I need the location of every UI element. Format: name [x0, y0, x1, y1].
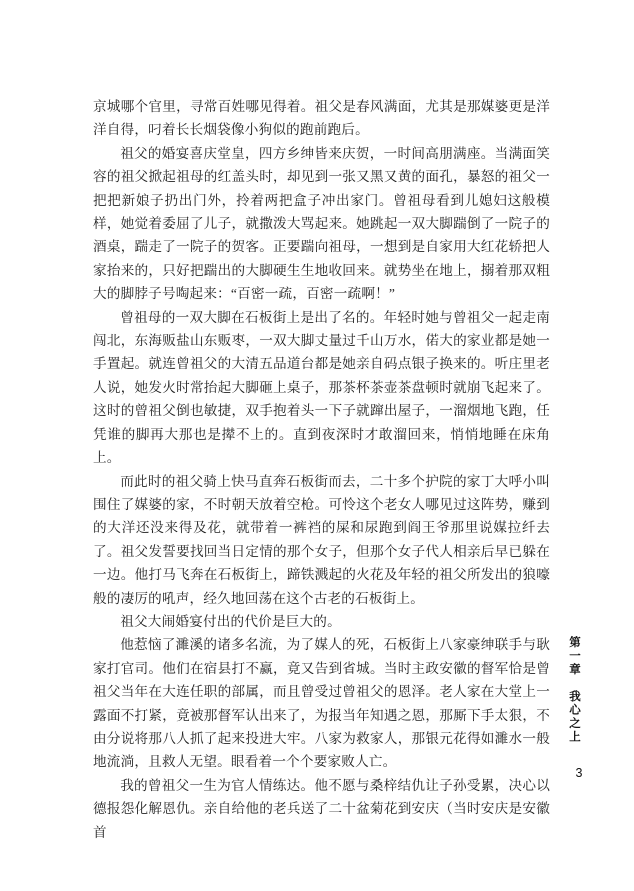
- paragraph: 曾祖母的一双大脚在石板街上是出了名的。年轻时她与曾祖父一起走南闯北，东海贩盐山东…: [93, 306, 550, 470]
- paragraph: 祖父大闹婚宴付出的代价是巨大的。: [93, 610, 550, 633]
- paragraph: 而此时的祖父骑上快马直奔石板街而去，二十多个护院的家丁大呼小叫围住了媒婆的家，不…: [93, 470, 550, 610]
- chapter-label: 第一章: [566, 636, 582, 677]
- paragraph: 他惹恼了濉溪的诸多名流，为了媒人的死，石板街上八家豪绅联手与耿家打官司。他们在宿…: [93, 633, 550, 773]
- paragraph: 我的曾祖父一生为官人情练达。他不愿与桑梓结仇让子孙受累，决心以德报怨化解恩仇。亲…: [93, 774, 550, 844]
- book-page: 京城哪个官里，寻常百姓哪见得着。祖父是春风满面，尤其是那媒婆更是洋洋自得，叼着长…: [0, 0, 634, 891]
- chapter-heading: 第一章 我心之上: [566, 636, 582, 744]
- paragraph: 祖父的婚宴喜庆堂皇，四方乡绅皆来庆贺，一时间高朋满座。当满面笑容的祖父掀起祖母的…: [93, 142, 550, 306]
- page-number: 3: [567, 766, 591, 780]
- paragraph: 京城哪个官里，寻常百姓哪见得着。祖父是春风满面，尤其是那媒婆更是洋洋自得，叼着长…: [93, 95, 550, 142]
- chapter-title: 我心之上: [566, 690, 582, 744]
- body-text: 京城哪个官里，寻常百姓哪见得着。祖父是春风满面，尤其是那媒婆更是洋洋自得，叼着长…: [93, 95, 550, 844]
